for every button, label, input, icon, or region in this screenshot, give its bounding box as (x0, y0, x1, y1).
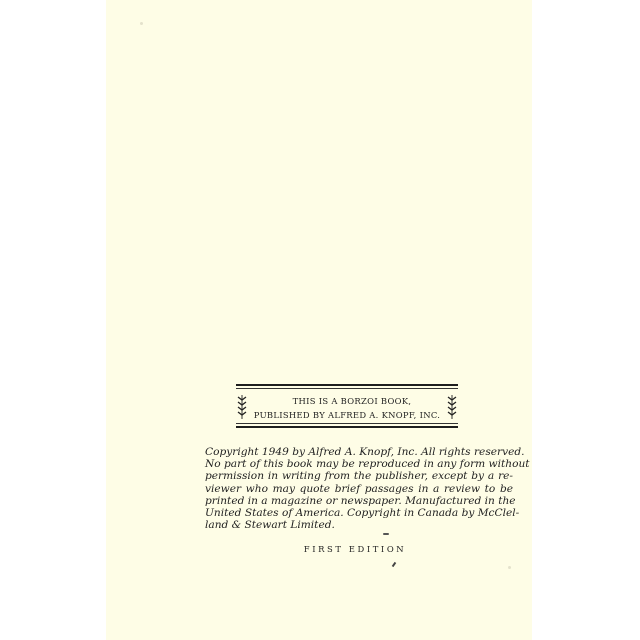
imprint-line-1: THIS IS A BORZOI BOOK, (250, 394, 444, 408)
copyright-notice: Copyright 1949 by Alfred A. Knopf, Inc. … (205, 446, 513, 531)
imprint-inner-rule-bottom (236, 423, 458, 424)
wheat-sprig-icon (237, 394, 247, 420)
paper-speck (140, 22, 143, 25)
ink-mark (383, 533, 389, 535)
wheat-sprig-icon (447, 394, 457, 420)
imprint-line-2: PUBLISHED BY ALFRED A. KNOPF, INC. (250, 408, 444, 422)
copyright-line: viewer who may quote brief passages in a… (205, 483, 513, 495)
edition-label: FIRST EDITION (300, 544, 410, 554)
paper-speck (508, 566, 511, 569)
copyright-line: Copyright 1949 by Alfred A. Knopf, Inc. … (205, 446, 513, 458)
imprint-inner-rule-top (236, 388, 458, 389)
copyright-line: land & Stewart Limited. (205, 519, 513, 531)
copyright-line: permission in writing from the publisher… (205, 470, 513, 482)
copyright-line: United States of America. Copyright in C… (205, 507, 513, 519)
copyright-line: printed in a magazine or newspaper. Manu… (205, 495, 513, 507)
copyright-line: No part of this book may be reproduced i… (205, 458, 513, 470)
imprint-text: THIS IS A BORZOI BOOK, PUBLISHED BY ALFR… (250, 394, 444, 422)
publisher-imprint-box: THIS IS A BORZOI BOOK, PUBLISHED BY ALFR… (236, 384, 458, 428)
